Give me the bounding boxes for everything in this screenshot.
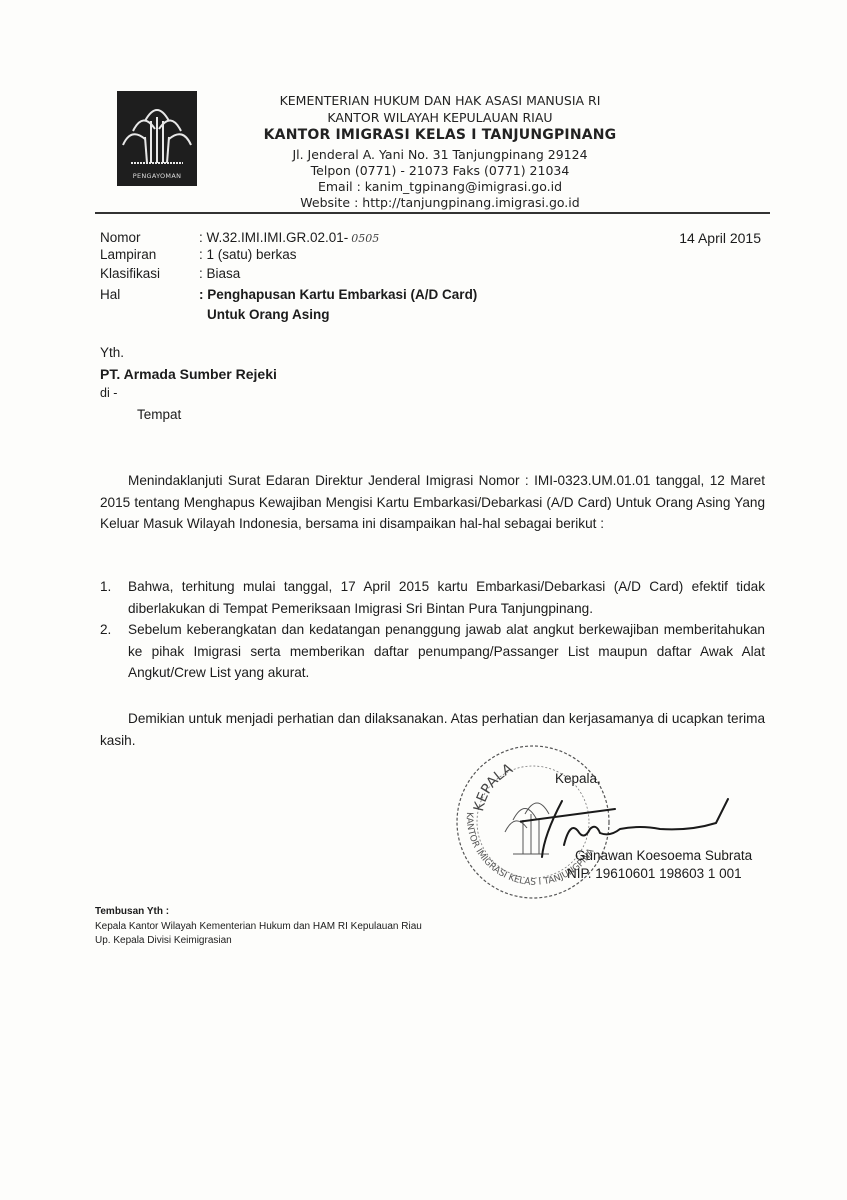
label-klasifikasi: Klasifikasi xyxy=(100,266,160,281)
label-nomor: Nomor xyxy=(100,230,141,245)
tembusan-line: Kepala Kantor Wilayah Kementerian Hukum … xyxy=(95,921,422,932)
letterhead-ministry: KEMENTERIAN HUKUM DAN HAK ASASI MANUSIA … xyxy=(200,93,680,108)
signatory-name: Gunawan Koesoema Subrata xyxy=(575,848,752,863)
signatory-title: Kepala, xyxy=(555,771,601,786)
value-lampiran: : 1 (satu) berkas xyxy=(199,247,297,262)
letterhead-office-name: KANTOR IMIGRASI KELAS I TANJUNGPINANG xyxy=(200,127,680,143)
pengayoman-tree-icon xyxy=(117,91,197,171)
letterhead-address: Jl. Jenderal A. Yani No. 31 Tanjungpinan… xyxy=(200,147,680,162)
list-item-number: 2. xyxy=(100,619,128,684)
letterhead-divider xyxy=(95,212,770,214)
body-intro: Menindaklanjuti Surat Edaran Direktur Je… xyxy=(100,470,765,535)
ministry-logo: PENGAYOMAN xyxy=(117,91,197,186)
list-item-text: Sebelum keberangkatan dan kedatangan pen… xyxy=(128,619,765,684)
addressee-di: di - xyxy=(100,386,117,400)
nomor-printed: : W.32.IMI.IMI.GR.02.01- xyxy=(199,230,348,245)
value-hal-line2: Untuk Orang Asing xyxy=(207,307,330,322)
list-item: 1. Bahwa, terhitung mulai tanggal, 17 Ap… xyxy=(100,576,765,619)
salutation: Yth. xyxy=(100,345,124,360)
value-nomor: : W.32.IMI.IMI.GR.02.01-0505 xyxy=(199,230,379,245)
tembusan-line: Up. Kepala Divisi Keimigrasian xyxy=(95,935,232,946)
label-lampiran: Lampiran xyxy=(100,247,156,262)
list-item-number: 1. xyxy=(100,576,128,619)
body-closing: Demikian untuk menjadi perhatian dan dil… xyxy=(100,708,765,751)
addressee-name: PT. Armada Sumber Rejeki xyxy=(100,366,277,382)
signatory-nip: NIP. 19610601 198603 1 001 xyxy=(567,866,742,881)
logo-caption: PENGAYOMAN xyxy=(117,172,197,180)
list-item: 2. Sebelum keberangkatan dan kedatangan … xyxy=(100,619,765,684)
body-list: 1. Bahwa, terhitung mulai tanggal, 17 Ap… xyxy=(100,576,765,684)
letterhead-regional-office: KANTOR WILAYAH KEPULAUAN RIAU xyxy=(200,110,680,125)
label-hal: Hal xyxy=(100,287,120,302)
value-klasifikasi: : Biasa xyxy=(199,266,240,281)
letter-date: 14 April 2015 xyxy=(679,230,761,246)
letterhead-phone: Telpon (0771) - 21073 Faks (0771) 21034 xyxy=(200,163,680,178)
tembusan-title: Tembusan Yth : xyxy=(95,906,169,917)
addressee-place: Tempat xyxy=(137,407,181,422)
letterhead-website: Website : http://tanjungpinang.imigrasi.… xyxy=(200,195,680,210)
value-hal: : Penghapusan Kartu Embarkasi (A/D Card) xyxy=(199,287,477,302)
list-item-text: Bahwa, terhitung mulai tanggal, 17 April… xyxy=(128,576,765,619)
letterhead-email: Email : kanim_tgpinang@imigrasi.go.id xyxy=(200,179,680,194)
stamp-top-text: KEPALA xyxy=(471,761,516,813)
nomor-handwritten: 0505 xyxy=(351,232,379,245)
